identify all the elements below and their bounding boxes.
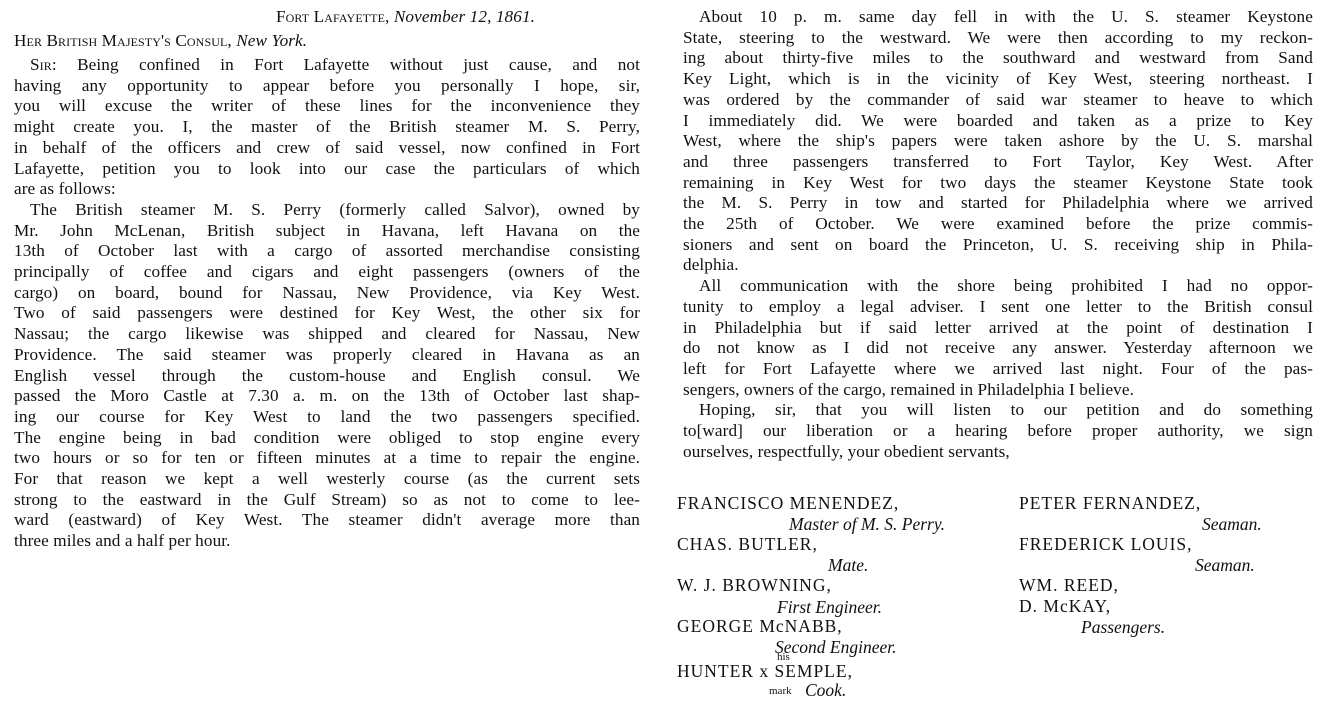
text-line: West, where the ship's papers were taken… <box>683 130 1313 151</box>
text-line: was ordered by the commander of said war… <box>683 89 1313 110</box>
text-line: Sir: Being confined in Fort Lafayette wi… <box>30 54 640 75</box>
text-line: Providence. The said steamer was properl… <box>14 344 640 365</box>
text-line: English vessel through the custom-house … <box>14 365 640 386</box>
text-line: State, steering to the westward. We were… <box>683 27 1313 48</box>
signature-role: Master of M. S. Perry. <box>789 514 945 535</box>
signature-role: Seaman. <box>1202 514 1262 535</box>
mark-x: x <box>759 661 769 681</box>
text-line: For that reason we kept a well westerly … <box>14 468 640 489</box>
dateline-place: Fort Lafayette, <box>276 7 389 26</box>
signature-name: CHAS. BUTLER, <box>677 534 818 555</box>
signature-role: Passengers. <box>1081 617 1165 638</box>
signature-role: Mate. <box>828 555 868 576</box>
addressee: Her British Majesty's Consul, New York. <box>14 30 307 51</box>
text-line: to[ward] our liberation or a hearing bef… <box>683 420 1313 441</box>
text-line: the 25th of October. We were examined be… <box>683 213 1313 234</box>
text-line: and three passengers transferred to Fort… <box>683 151 1313 172</box>
addressee-title: Her British Majesty's Consul, <box>14 31 232 50</box>
mark-label: mark <box>769 685 792 697</box>
text-line: Lafayette, petition you to look into our… <box>14 158 640 179</box>
signature-name: HUNTER x SEMPLE, <box>677 661 853 682</box>
signature-role: Cook. <box>805 680 846 701</box>
signature-role: First Engineer. <box>777 597 882 618</box>
dateline-date: November 12, 1861. <box>394 7 535 26</box>
text-line: ward (eastward) of Key West. The steamer… <box>14 509 640 530</box>
text-line: two hours or so for ten or fifteen minut… <box>14 447 640 468</box>
text-line: Two of said passengers were destined for… <box>14 302 640 323</box>
text-line: ing about thirty-five miles to the south… <box>683 47 1313 68</box>
text-line: tunity to employ a legal adviser. I sent… <box>683 296 1313 317</box>
text-line: ing our course for Key West to land the … <box>14 406 640 427</box>
text-line: The British steamer M. S. Perry (formerl… <box>30 199 640 220</box>
signature-role: Second Engineer. <box>775 637 897 658</box>
dateline: Fort Lafayette, November 12, 1861. <box>276 6 535 27</box>
text-line: All communication with the shore being p… <box>699 275 1313 296</box>
text-line: cargo) on board, bound for Nassau, New P… <box>14 282 640 303</box>
signature-role: Seaman. <box>1195 555 1255 576</box>
signature-name: FREDERICK LOUIS, <box>1019 534 1193 555</box>
text-line: Key Light, which is in the vicinity of K… <box>683 68 1313 89</box>
text-line: in behalf of the officers and crew of sa… <box>14 137 640 158</box>
addressee-city: New York. <box>236 31 307 50</box>
text-line: sengers, owners of the cargo, remained i… <box>683 379 1134 400</box>
text-line: Mr. John McLenan, British subject in Hav… <box>14 220 640 241</box>
text-line: left for Fort Lafayette where we arrived… <box>683 358 1313 379</box>
text-line: ourselves, respectfully, your obedient s… <box>683 441 1010 462</box>
text-line: you will excuse the writer of these line… <box>14 95 640 116</box>
text-line: in Philadelphia but if said letter arriv… <box>683 317 1313 338</box>
text-line: 13th of October last with a cargo of ass… <box>14 240 640 261</box>
text-line: the M. S. Perry in tow and started for P… <box>683 192 1313 213</box>
name-part: SEMPLE, <box>774 661 852 681</box>
salutation: Sir: <box>30 55 57 74</box>
text-line: I immediately did. We were boarded and t… <box>683 110 1313 131</box>
name-part: HUNTER <box>677 661 754 681</box>
text-line: remaining in Key West for two days the s… <box>683 172 1313 193</box>
text-line: three miles and a half per hour. <box>14 530 231 551</box>
text-line: having any opportunity to appear before … <box>14 75 640 96</box>
text-line: strong to the eastward in the Gulf Strea… <box>14 489 640 510</box>
signature-name: WM. REED, <box>1019 575 1119 596</box>
signature-name: W. J. BROWNING, <box>677 575 832 596</box>
text-line: Nassau; the cargo likewise was shipped a… <box>14 323 640 344</box>
text-line: sioners and sent on board the Princeton,… <box>683 234 1313 255</box>
text-line: Hoping, sir, that you will listen to our… <box>699 399 1313 420</box>
text-line: The engine being in bad condition were o… <box>14 427 640 448</box>
text-line: are as follows: <box>14 178 116 199</box>
text-line: principally of coffee and cigars and eig… <box>14 261 640 282</box>
text-line: might create you. I, the master of the B… <box>14 116 640 137</box>
text-line: delphia. <box>683 254 739 275</box>
signature-name: D. McKAY, <box>1019 596 1111 617</box>
text-line: passed the Moro Castle at 7.30 a. m. on … <box>14 385 640 406</box>
signature-name: FRANCISCO MENENDEZ, <box>677 493 899 514</box>
signature-name: GEORGE McNABB, <box>677 616 843 637</box>
signature-name: PETER FERNANDEZ, <box>1019 493 1201 514</box>
text-line: do not know as I did not receive any ans… <box>683 337 1313 358</box>
text-line: About 10 p. m. same day fell in with the… <box>699 6 1313 27</box>
